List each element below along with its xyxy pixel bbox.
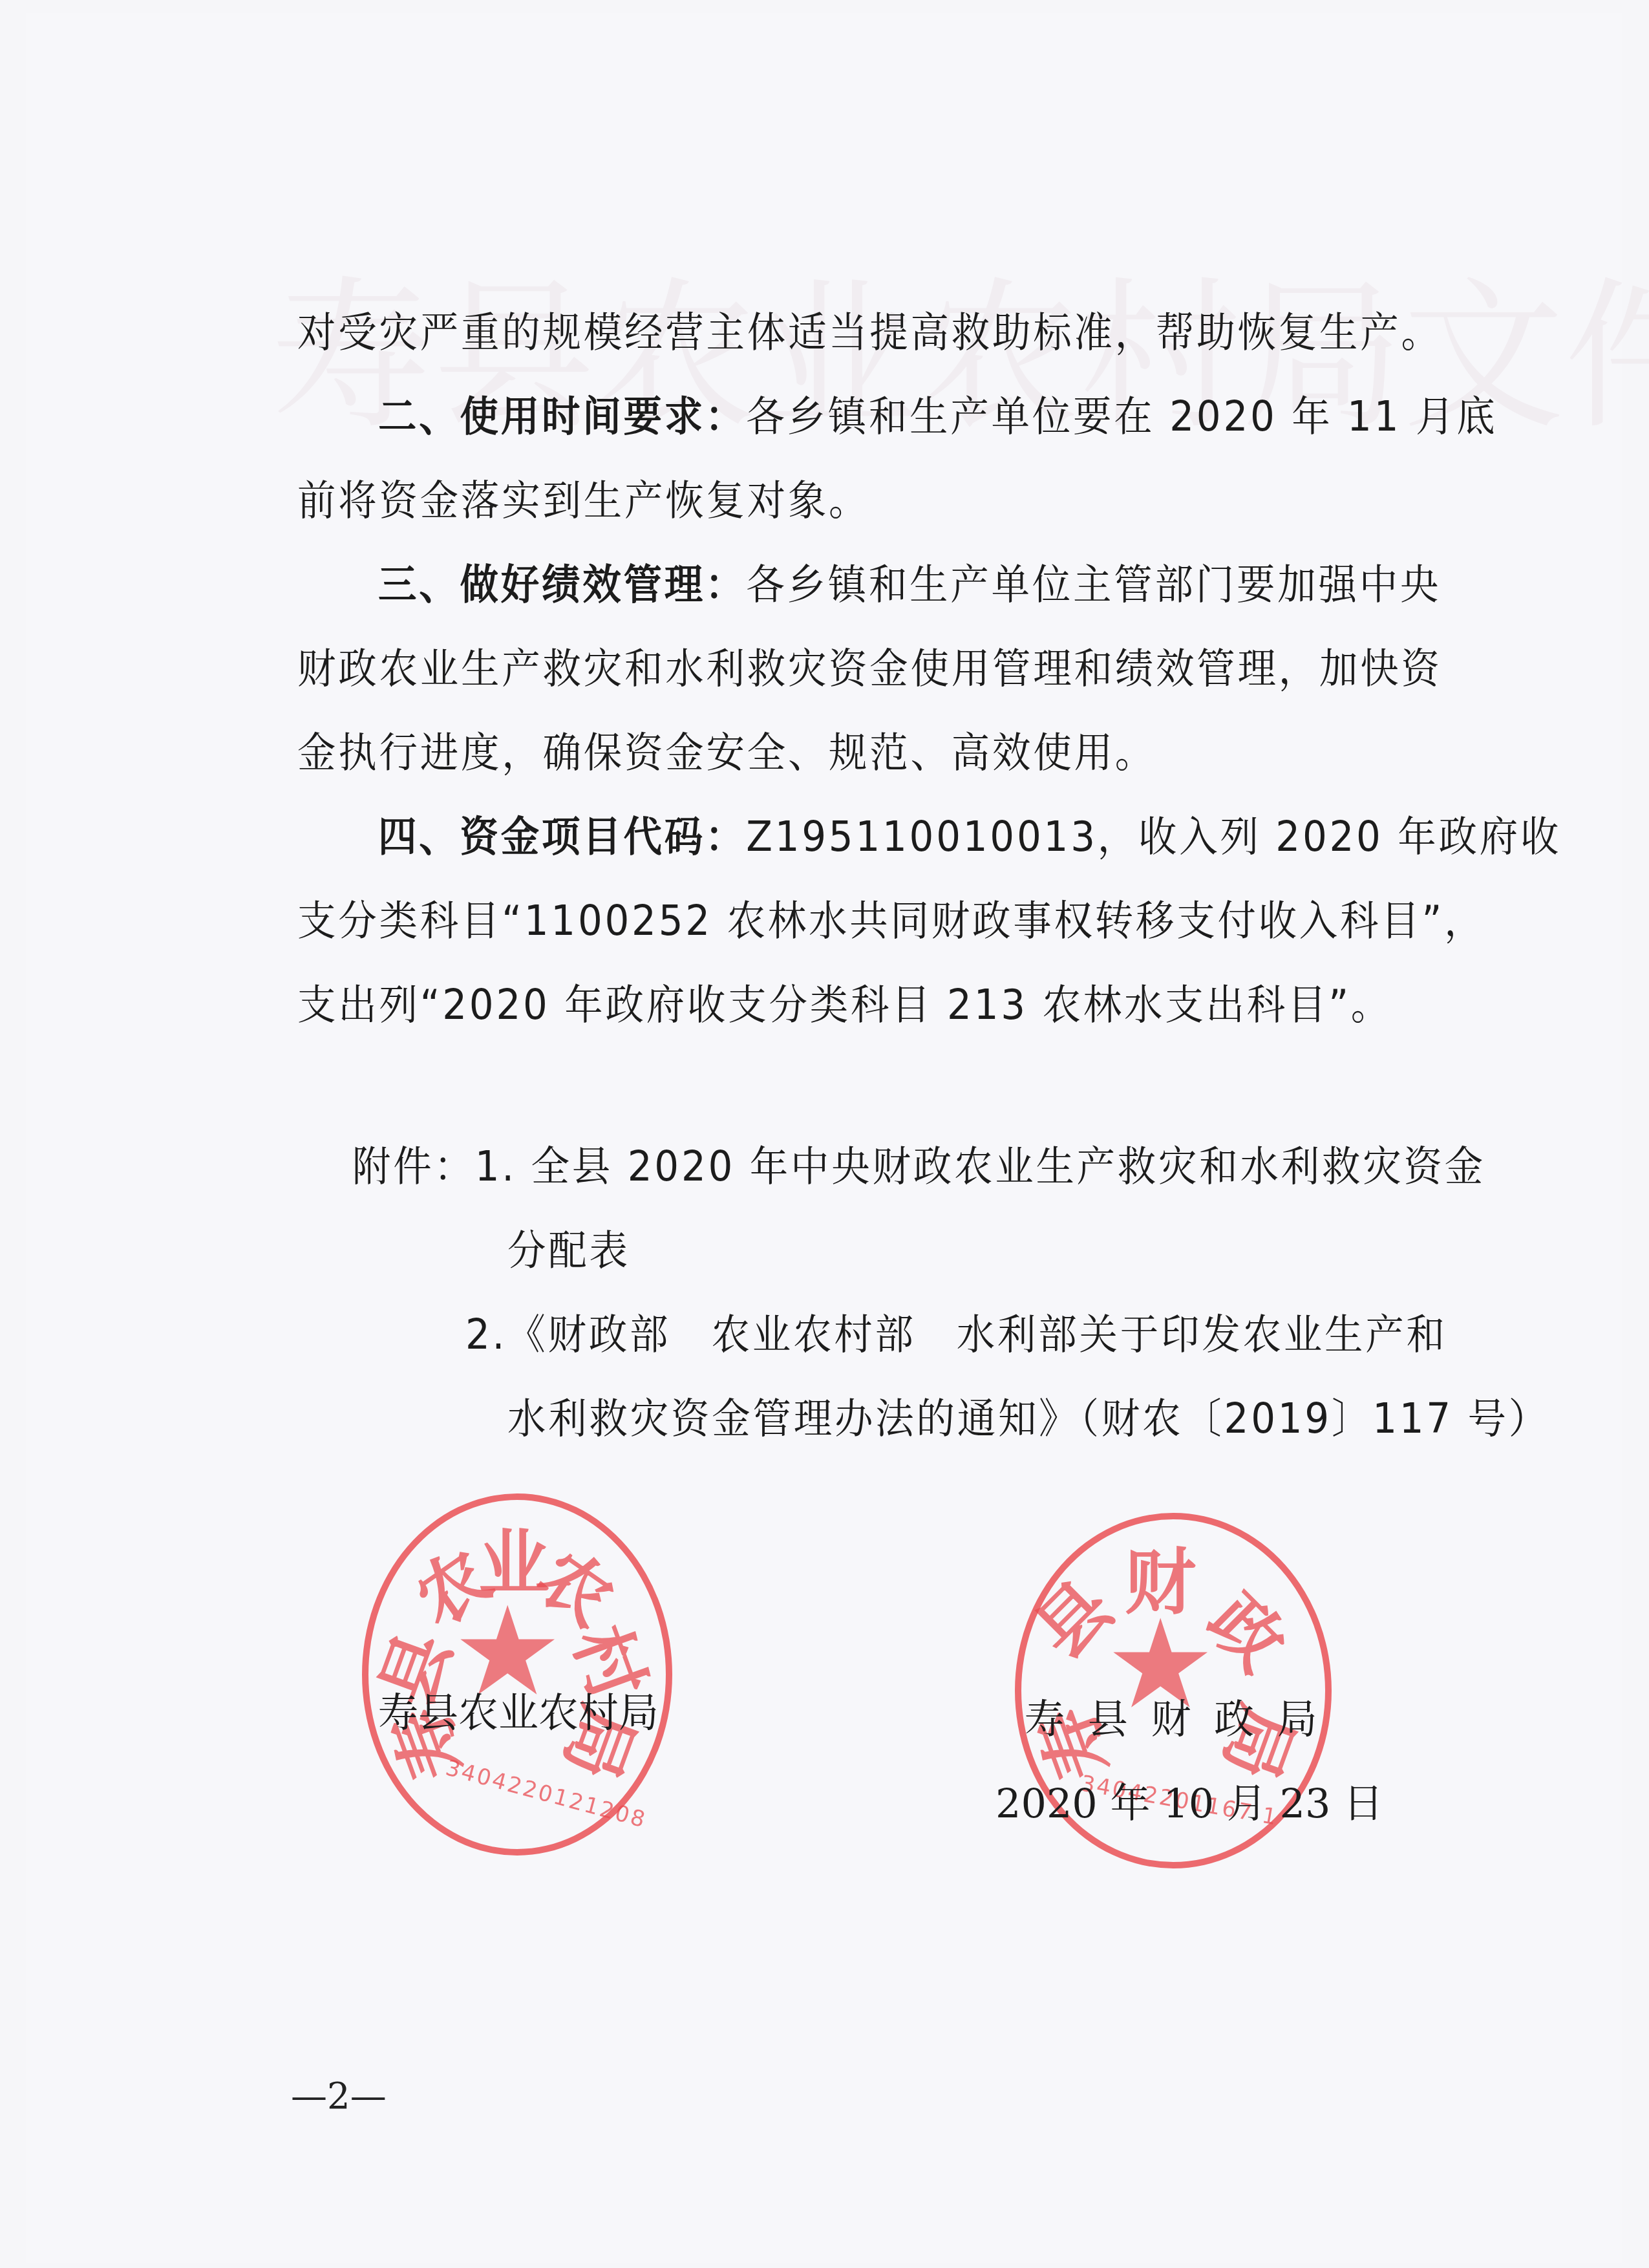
page-number: —2— [291, 2075, 387, 2117]
paragraph-line: 对受灾严重的规模经营主体适当提高救助标准，帮助恢复生产。 [297, 307, 1398, 359]
attachment-2: 2.《财政部 农业农村部 水利部关于印发农业生产和 [465, 1309, 1566, 1361]
section-2-heading: 二、使用时间要求： [378, 393, 746, 441]
section-4-heading: 四、资金项目代码： [378, 813, 746, 861]
attachment-1-text: 1. 全县 2020 年中央财政农业生产救灾和水利救灾资金 [475, 1143, 1485, 1191]
section-2-text: 各乡镇和生产单位要在 2020 年 11 月底 [746, 393, 1497, 441]
section-4-text: Z195110010013，收入列 2020 年政府收 [746, 813, 1561, 861]
attachment-2-cont: 水利救灾资金管理办法的通知》（财农〔2019〕117 号） [507, 1393, 1608, 1445]
attachment-1-cont: 分配表 [507, 1225, 1608, 1277]
attachment-label: 附件： [352, 1143, 475, 1191]
section-2: 二、使用时间要求：各乡镇和生产单位要在 2020 年 11 月底 [378, 391, 1478, 443]
section-3-heading: 三、做好绩效管理： [378, 561, 746, 609]
signature-date: 2020 年 10 月 23 日 [995, 1771, 1383, 1829]
paragraph-line: 金执行进度，确保资金安全、规范、高效使用。 [297, 727, 1398, 779]
paragraph-line: 支分类科目“1100252 农林水共同财政事权转移支付收入科目”， [297, 895, 1398, 947]
signature-finance-bureau: 寿 县 财 政 局 [1025, 1687, 1323, 1745]
signature-agriculture-bureau: 寿县农业农村局 [378, 1681, 659, 1738]
document-page: 寿县农业农村局文件 对受灾严重的规模经营主体适当提高救助标准，帮助恢复生产。 二… [26, 13, 1622, 2263]
paragraph-line: 财政农业生产救灾和水利救灾资金使用管理和绩效管理，加快资 [297, 643, 1398, 695]
section-4: 四、资金项目代码：Z195110010013，收入列 2020 年政府收 [378, 811, 1478, 863]
attachment-1: 附件：1. 全县 2020 年中央财政农业生产救灾和水利救灾资金 [352, 1141, 1452, 1193]
paragraph-line: 支出列“2020 年政府收支分类科目 213 农林水支出科目”。 [297, 979, 1398, 1031]
section-3: 三、做好绩效管理：各乡镇和生产单位主管部门要加强中央 [378, 559, 1478, 611]
section-3-text: 各乡镇和生产单位主管部门要加强中央 [746, 561, 1441, 609]
paragraph-line: 前将资金落实到生产恢复对象。 [297, 475, 1398, 527]
